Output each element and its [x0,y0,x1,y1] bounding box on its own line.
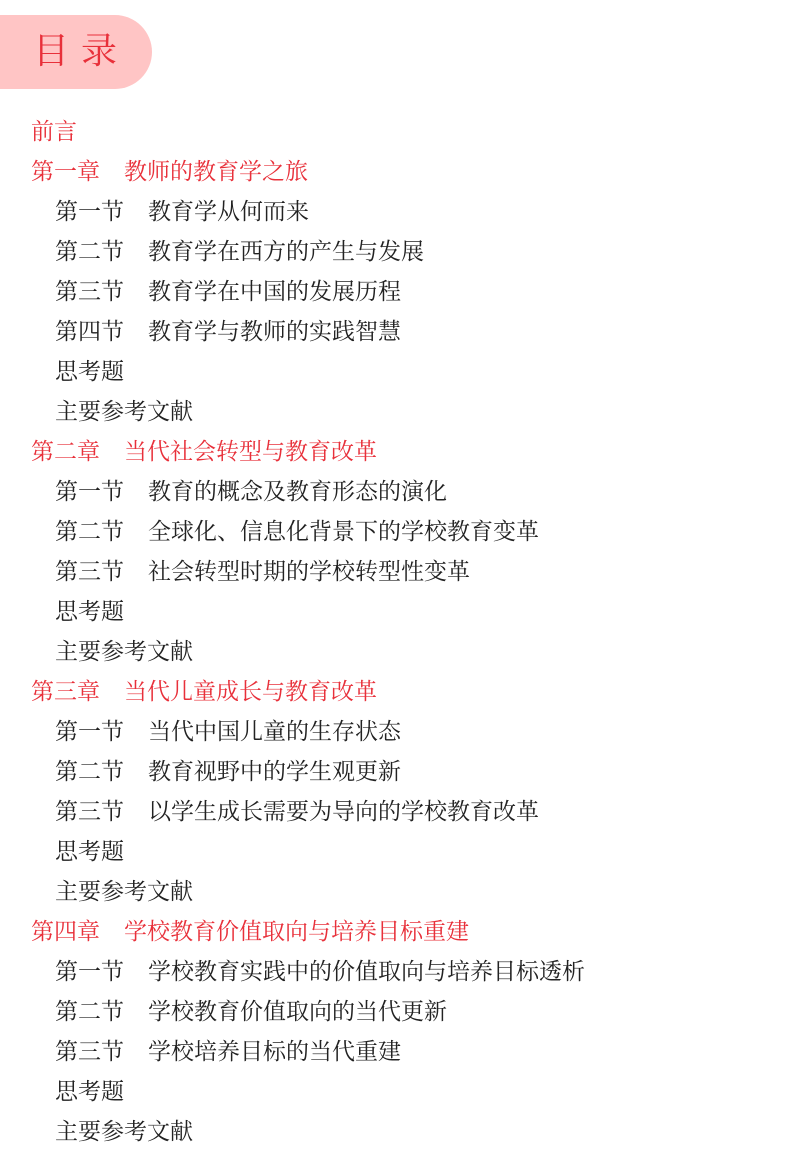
toc-section[interactable]: 第二节教育视野中的学生观更新 [0,752,790,792]
section-number: 第三节 [55,1032,124,1072]
toc-questions[interactable]: 思考题 [0,592,790,632]
toc-item-label: 主要参考文献 [55,399,193,425]
toc-section[interactable]: 第三节以学生成长需要为导向的学校教育改革 [0,792,790,832]
toc-questions[interactable]: 思考题 [0,1072,790,1112]
section-title: 当代中国儿童的生存状态 [148,719,401,745]
section-number: 第四节 [55,312,124,352]
chapter-title: 当代儿童成长与教育改革 [124,679,377,705]
toc-questions[interactable]: 思考题 [0,832,790,872]
toc-chapter[interactable]: 第三章当代儿童成长与教育改革 [0,672,790,712]
toc-references[interactable]: 主要参考文献 [0,1112,790,1152]
section-title: 学校教育实践中的价值取向与培养目标透析 [148,959,585,985]
toc-item-label: 思考题 [55,839,124,865]
toc-section[interactable]: 第一节学校教育实践中的价值取向与培养目标透析 [0,952,790,992]
section-title: 教育视野中的学生观更新 [148,759,401,785]
toc-item-label: 思考题 [55,599,124,625]
toc-item-label: 主要参考文献 [55,639,193,665]
toc-item-preface[interactable]: 前言 [0,112,790,152]
section-title: 学校培养目标的当代重建 [148,1039,401,1065]
section-number: 第一节 [55,472,124,512]
section-title: 教育学从何而来 [148,199,309,225]
section-number: 第一节 [55,712,124,752]
section-number: 第三节 [55,792,124,832]
toc-section[interactable]: 第二节全球化、信息化背景下的学校教育变革 [0,512,790,552]
section-title: 社会转型时期的学校转型性变革 [148,559,470,585]
toc-item-label: 思考题 [55,359,124,385]
section-number: 第一节 [55,192,124,232]
toc-section[interactable]: 第四节教育学与教师的实践智慧 [0,312,790,352]
toc-section[interactable]: 第一节教育的概念及教育形态的演化 [0,472,790,512]
toc-references[interactable]: 主要参考文献 [0,392,790,432]
toc-item-label: 思考题 [55,1079,124,1105]
section-number: 第二节 [55,752,124,792]
section-title: 教育学在西方的产生与发展 [148,239,424,265]
chapter-list: 第一章教师的教育学之旅第一节教育学从何而来第二节教育学在西方的产生与发展第三节教… [0,152,790,1152]
toc-section[interactable]: 第三节学校培养目标的当代重建 [0,1032,790,1072]
page-title: 目录 [33,15,129,89]
toc-section[interactable]: 第三节教育学在中国的发展历程 [0,272,790,312]
section-title: 教育学与教师的实践智慧 [148,319,401,345]
chapter-title: 当代社会转型与教育改革 [124,439,377,465]
toc-item-label: 主要参考文献 [55,1119,193,1145]
toc-references[interactable]: 主要参考文献 [0,872,790,912]
section-number: 第三节 [55,552,124,592]
section-title: 教育的概念及教育形态的演化 [148,479,447,505]
section-title: 全球化、信息化背景下的学校教育变革 [148,519,539,545]
toc-references[interactable]: 主要参考文献 [0,632,790,672]
chapter-number: 第三章 [31,672,100,712]
chapter-title: 教师的教育学之旅 [124,159,308,185]
section-number: 第二节 [55,512,124,552]
toc-item-label: 前言 [31,119,77,145]
section-number: 第一节 [55,952,124,992]
chapter-number: 第四章 [31,912,100,952]
toc-section[interactable]: 第三节社会转型时期的学校转型性变革 [0,552,790,592]
section-title: 以学生成长需要为导向的学校教育改革 [148,799,539,825]
chapter-number: 第一章 [31,152,100,192]
toc-section[interactable]: 第二节学校教育价值取向的当代更新 [0,992,790,1032]
chapter-number: 第二章 [31,432,100,472]
section-number: 第二节 [55,232,124,272]
section-title: 教育学在中国的发展历程 [148,279,401,305]
table-of-contents: 前言 第一章教师的教育学之旅第一节教育学从何而来第二节教育学在西方的产生与发展第… [0,112,790,1152]
section-number: 第三节 [55,272,124,312]
section-title: 学校教育价值取向的当代更新 [148,999,447,1025]
toc-section[interactable]: 第一节当代中国儿童的生存状态 [0,712,790,752]
section-number: 第二节 [55,992,124,1032]
toc-item-label: 主要参考文献 [55,879,193,905]
toc-chapter[interactable]: 第一章教师的教育学之旅 [0,152,790,192]
toc-chapter[interactable]: 第四章学校教育价值取向与培养目标重建 [0,912,790,952]
toc-questions[interactable]: 思考题 [0,352,790,392]
toc-section[interactable]: 第一节教育学从何而来 [0,192,790,232]
toc-section[interactable]: 第二节教育学在西方的产生与发展 [0,232,790,272]
chapter-title: 学校教育价值取向与培养目标重建 [124,919,469,945]
toc-chapter[interactable]: 第二章当代社会转型与教育改革 [0,432,790,472]
